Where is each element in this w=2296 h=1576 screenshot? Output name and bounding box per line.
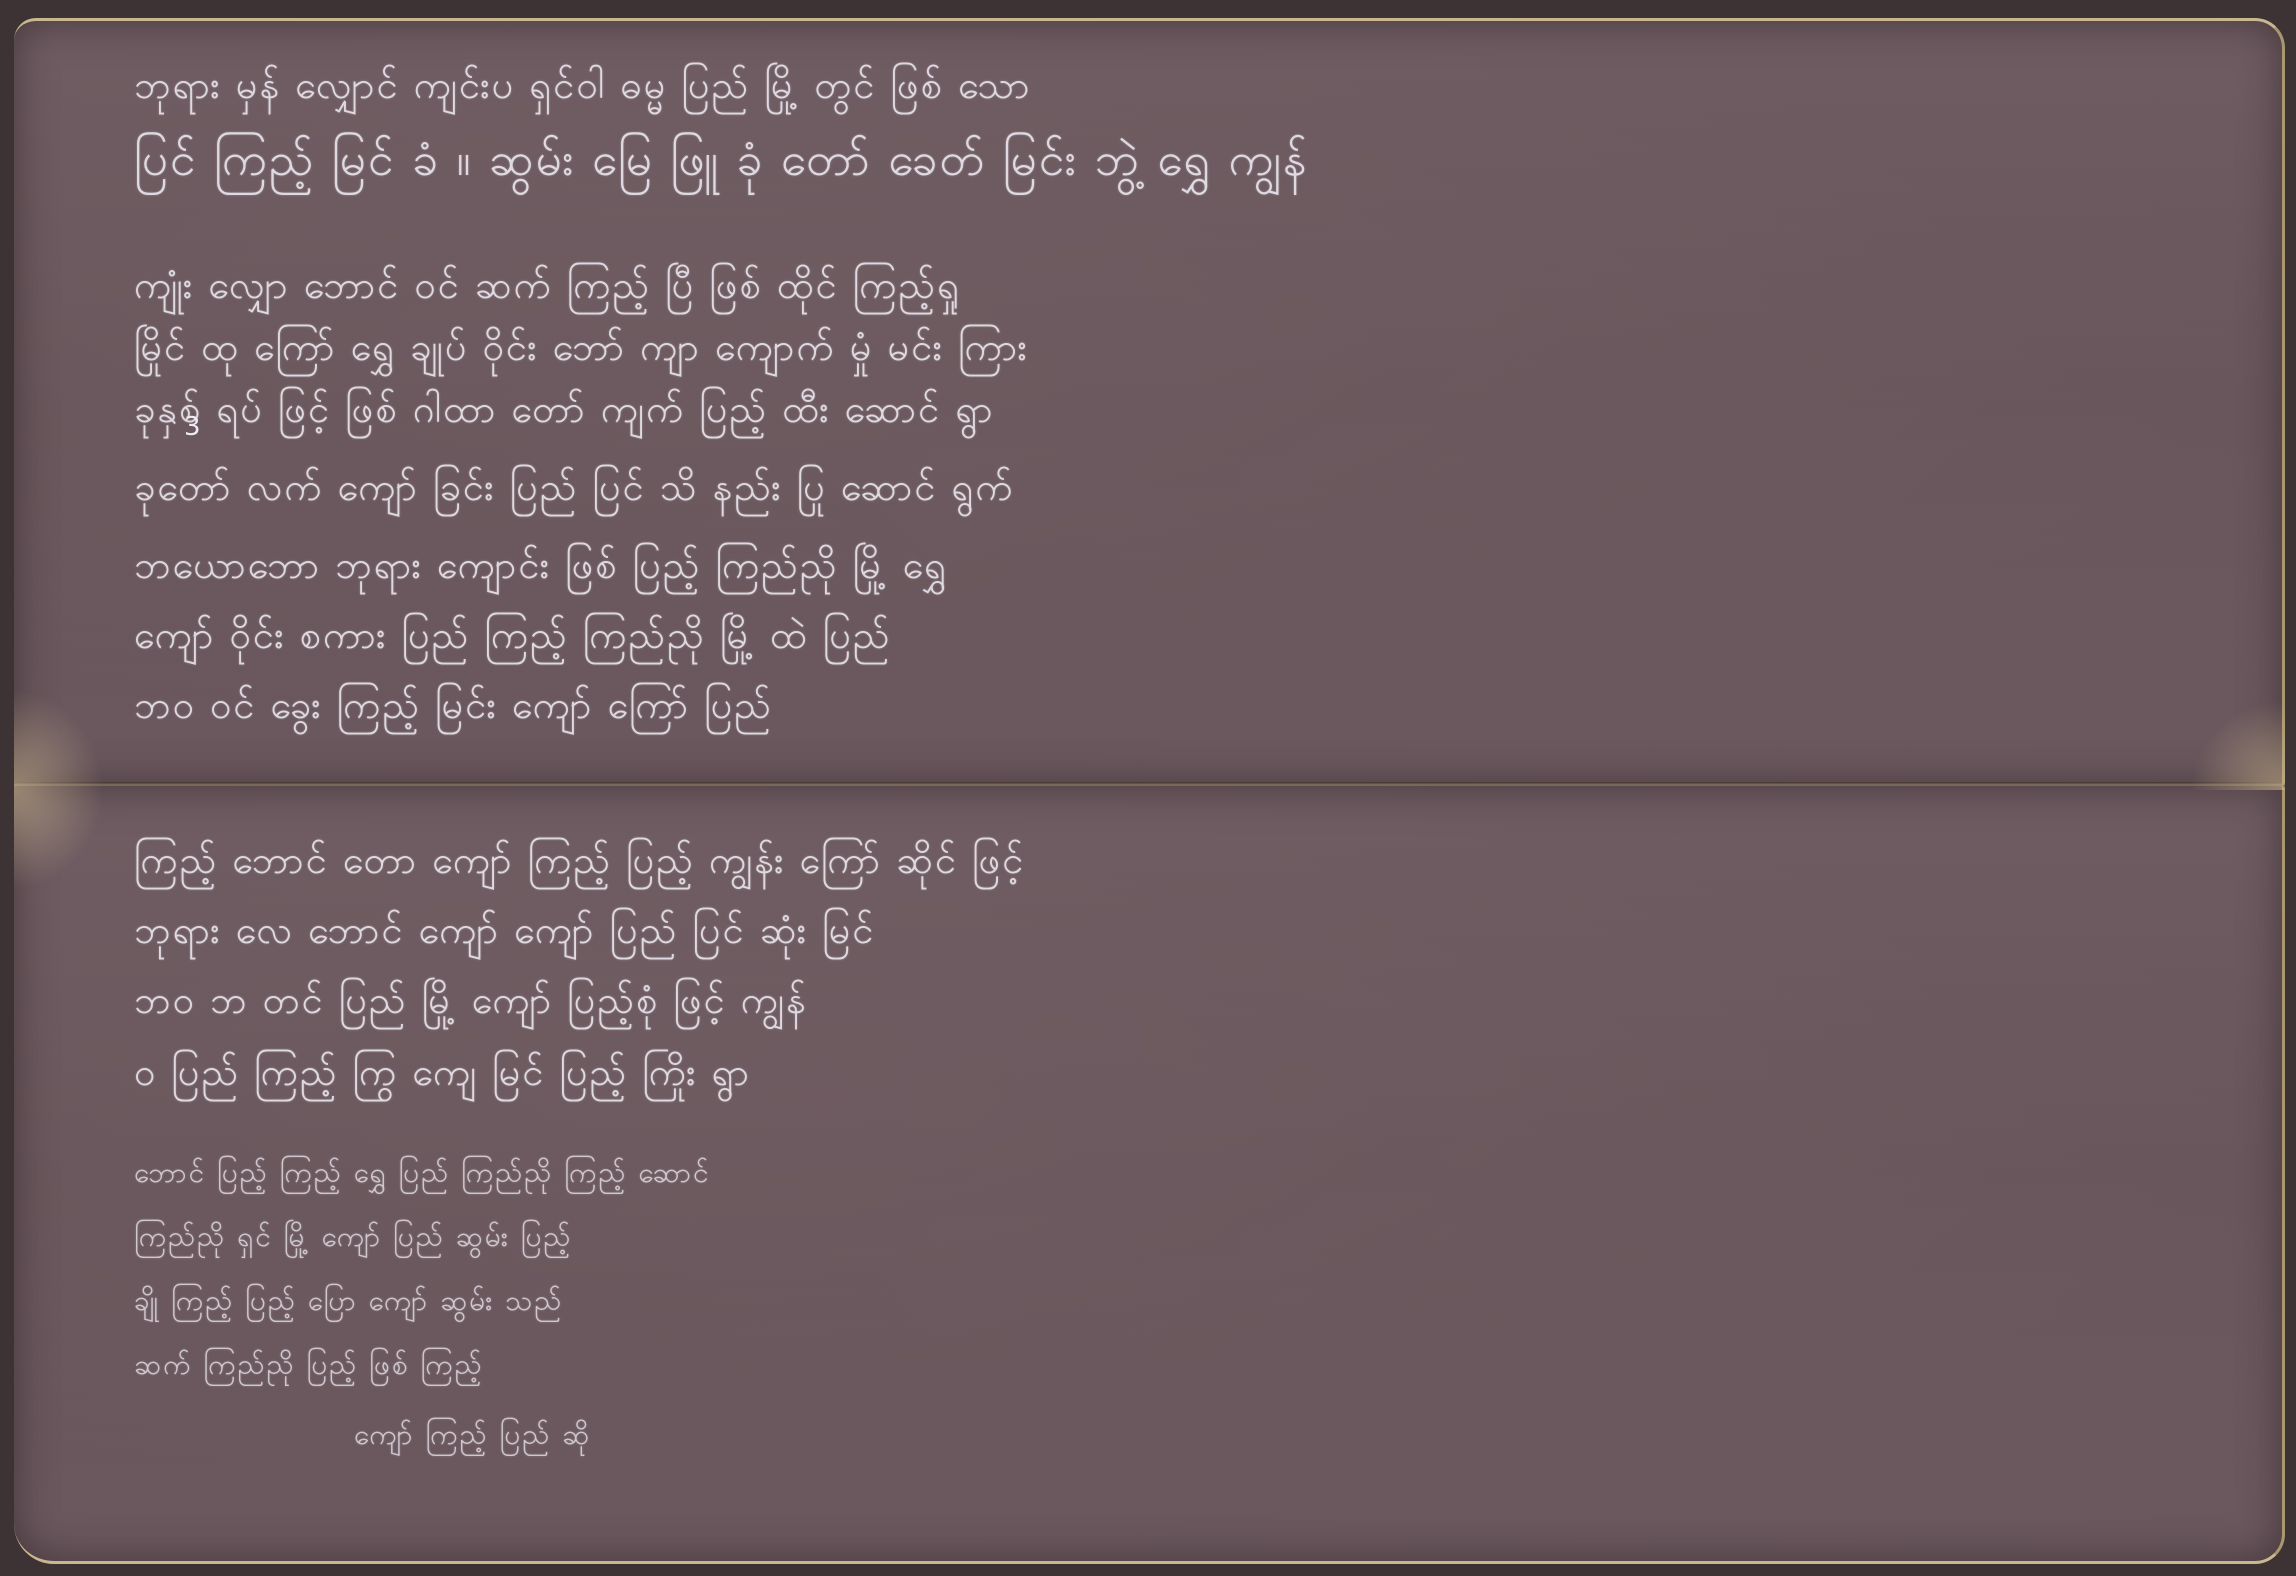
manuscript-line: ဝ ပြည် ကြည့် ကြွ ကျေ မြင် ပြည့် ကြိုး ရွ… — [134, 1048, 751, 1104]
marginal-numeral: 3 — [184, 412, 201, 442]
bottom-panel-text: ကြည့် ဘောင် တော ကျော် ကြည့် ပြည့် ကျွန်း… — [134, 786, 2242, 1561]
manuscript-top-panel: ဘုရား မှန် လျှောင် ကျင်းပ ရှင်ဝါ ဓမ္မ ပြ… — [14, 18, 2285, 786]
manuscript-line: ဆက် ကြည်ညို ပြည့် ဖြစ် ကြည့် — [134, 1346, 484, 1388]
manuscript-line: ဘုရား လေ ဘောင် ကျော် ကျော် ပြည် ပြင် ဆုံ… — [134, 906, 875, 962]
manuscript-line: ဘဝ ဘ တင် ပြည် မြို့ ကျော် ပြည့်စုံ ဖြင့်… — [134, 976, 808, 1032]
manuscript-line: ကျော် ကြည့် ပြည် ဆို — [354, 1416, 591, 1458]
manuscript-line: ခုနှစ် ရပ် ဖြင့် ဖြစ် ဂါထာ တော် ကျက် ပြည… — [134, 385, 995, 441]
manuscript-bottom-panel: ကြည့် ဘောင် တော ကျော် ကြည့် ပြည့် ကျွန်း… — [14, 786, 2285, 1564]
edge-wear — [2190, 700, 2285, 790]
edge-wear — [14, 690, 104, 890]
manuscript-line: ဘောင် ပြည့် ကြည့် ရွှေ ပြည် ကြည်ညို ကြည့… — [134, 1154, 711, 1196]
manuscript-line: ဘဝ ဝင် ခွေး ကြည့် မြင်း ကျော် ကြော် ပြည် — [134, 681, 773, 737]
manuscript-line: ပြင် ကြည့် မြင် ခံ ။ ဆွမ်း မြေ ဖြူ ခုံ တ… — [134, 131, 1309, 198]
manuscript-line: ကျော် ဝိုင်း စကား ပြည် ကြည့် ကြည်ညို မြိ… — [134, 611, 892, 667]
manuscript-line: ကြည်ညို ရှင် မြို့ ကျော် ပြည် ဆွမ်း ပြည့… — [134, 1218, 572, 1260]
manuscript-photo: ဘုရား မှန် လျှောင် ကျင်းပ ရှင်ဝါ ဓမ္မ ပြ… — [0, 0, 2296, 1576]
manuscript-line: ကြည့် ဘောင် တော ကျော် ကြည့် ပြည့် ကျွန်း… — [134, 836, 1025, 892]
top-panel-text: ဘုရား မှန် လျှောင် ကျင်းပ ရှင်ဝါ ဓမ္မ ပြ… — [134, 21, 2242, 786]
manuscript-line: ချို ကြည့် ပြည့် ပြော ကျော် ဆွမ်း သည် — [134, 1282, 563, 1324]
manuscript-line: ဘုရား မှန် လျှောင် ကျင်းပ ရှင်ဝါ ဓမ္မ ပြ… — [134, 61, 1032, 117]
manuscript-line: ကျုံး လျှော ဘောင် ဝင် ဆက် ကြည့် ပြီ ဖြစ်… — [134, 261, 961, 317]
manuscript-line: မြိုင် ထု ကြော် ရွှေ ချုပ် ဝိုင်း ဘော် က… — [134, 323, 1029, 379]
manuscript-line: ဘယောဘော ဘုရား ကျောင်း ဖြစ် ပြည့် ကြည်ညို… — [134, 541, 948, 597]
manuscript-line: ခုတော် လက် ကျော် ခြင်း ပြည် ပြင် သိ နည်း… — [134, 463, 1015, 519]
